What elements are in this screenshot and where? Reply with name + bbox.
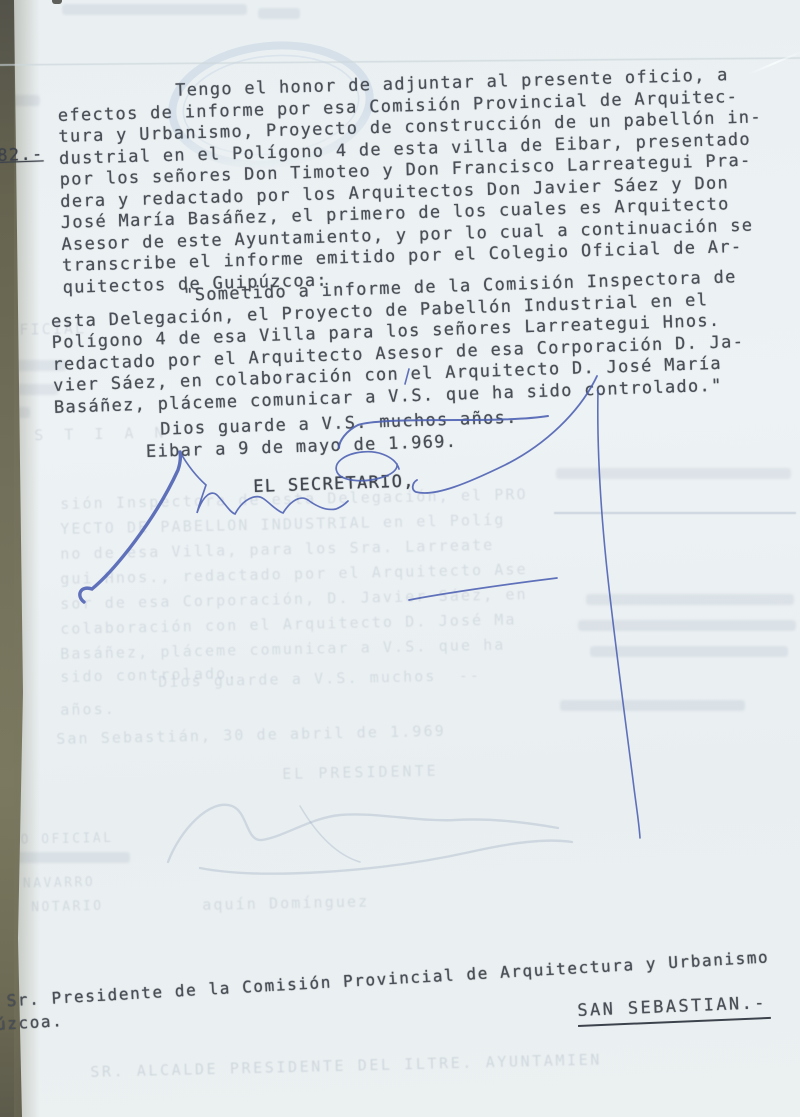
ghost-bottom-line: SR. ALCALDE PRESIDENTE DEL ILTRE. AYUNTA… bbox=[90, 1047, 602, 1084]
margin-file-number: 82.- bbox=[0, 144, 44, 167]
ghost-smudge bbox=[258, 8, 300, 19]
ghost-smudge bbox=[62, 4, 247, 15]
ghost-president-title: EL PRESIDENTE bbox=[282, 759, 439, 787]
paragraph-quoted-report: "Sometido a informe de la Comisión Inspe… bbox=[50, 267, 746, 419]
paragraph-cover-letter: Tengo el honor de adjuntar al presente o… bbox=[57, 64, 766, 299]
ghost-smudge bbox=[556, 468, 791, 479]
ghost-rule bbox=[554, 512, 796, 514]
scan-artifact bbox=[52, 0, 62, 4]
paper-edge-shadow bbox=[14, 0, 40, 1117]
ghost-signature bbox=[168, 805, 572, 874]
scanned-letter-page: OFICIAL A S T I A N sión Inspectora de e… bbox=[0, 0, 800, 1117]
ghost-smudge bbox=[560, 700, 745, 711]
ghost-smudge bbox=[586, 594, 794, 605]
ghost-name: aquín Domínguez bbox=[202, 890, 369, 918]
crease-line bbox=[0, 57, 800, 67]
ghost-smudge bbox=[590, 646, 788, 657]
ghost-date: San Sebastián, 30 de abril de 1.969 bbox=[56, 719, 446, 752]
ghost-closing: años. bbox=[60, 697, 116, 723]
ghost-closing: Dios guarde a V.S. muchos -- bbox=[158, 663, 481, 695]
pen-long-vertical-line bbox=[598, 390, 640, 838]
ghost-smudge bbox=[578, 620, 796, 631]
